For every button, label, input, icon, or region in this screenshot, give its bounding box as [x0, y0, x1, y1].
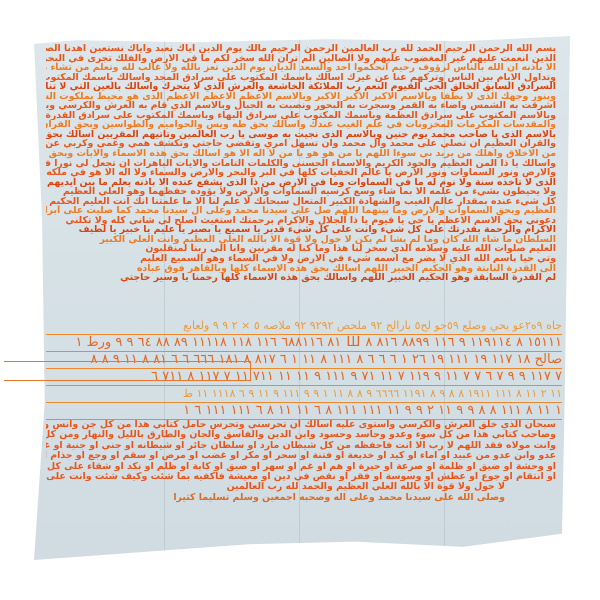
text-line: كل شيء عنده بمقدار عالم الغيب والشهادة ا… — [46, 197, 556, 207]
text-line: والمقدسات المكرمات المخزونات في علم الغي… — [46, 120, 556, 130]
text-line: والقران العظيم ان تصلي على محمد وال محمد… — [46, 139, 556, 149]
text-line: العليم صلوات الله عليه وسلامه الذي سخر ل… — [46, 244, 556, 254]
text-line: ولا يحيطون بشيء من علمه الا بما شاء وسع … — [46, 187, 556, 197]
text-line: سبحان الذي خلق العرش والكرسي واستوى عليه… — [46, 420, 556, 430]
text-line: الا باذنه ان الله بالناس لرؤوف رحيم اتحك… — [46, 63, 556, 73]
text-line: وانت مولاه فقد اللهم لا رب الا انت فاحفظ… — [46, 441, 556, 451]
text-line: وبنور وجهك الذي لا يطفأ وبالاسم الاكبر ا… — [46, 92, 556, 102]
text-line: الذي لا تاخذه سنة ولا نوم له ما في السما… — [46, 178, 556, 188]
cipher-frame-box — [4, 361, 251, 381]
text-line: وصاحب كتابي هذا من كل سوء وعدو وحاسد وحس… — [46, 430, 556, 440]
text-line: السرادق السابق الخالق الحي القيوم النعم … — [46, 82, 556, 92]
text-line: من الاخلاق واهلك من يريد بي سوءا اللهم ي… — [46, 149, 556, 159]
cipher-row: جاه ٩ه٢عو يحي وصلع ٥٩حو لح٥ بارالح ٩٢ مل… — [46, 318, 562, 335]
text-line: دعوني بحق الاسم الاعظم يا حي يا قيوم يا … — [46, 216, 556, 226]
text-line: عدو وابن عدو من عبيد او اماء او كيد او خ… — [46, 451, 556, 461]
manuscript-closing-text: سبحان الذي خلق العرش والكرسي واستوى عليه… — [46, 420, 556, 503]
text-line: او وحشة او ضيق او ظلمة او صرعة او حيرة ا… — [46, 462, 556, 472]
text-line: والارض ونور السماوات ونور الارض يا عالم … — [46, 168, 556, 178]
cipher-row: ١ ١١ ٨ ١١١ ٨ ٨ ٩ ٩ ١١ ٢ ٩ ٩ ١١ ١١١ ١١١ ٨… — [46, 403, 562, 420]
text-line: بالاسم الذي يا صاحب محمد يوم حنين وبالاس… — [46, 130, 556, 140]
text-line: وصلى الله على سيدنا محمد وعلى اله وصحبه … — [107, 493, 505, 503]
text-line: السلطان ما شاء الله كان وما لم يشأ لم يك… — [46, 235, 556, 245]
text-line: اشرقت به الشمس واضاء به القمر وسجرت به ا… — [46, 101, 556, 111]
text-line: الذين انعمت عليهم غير المغضوب عليهم ولا … — [46, 54, 556, 64]
text-line: واسالك يا ذا المن العظيم والجود الكريم و… — [46, 159, 556, 169]
text-line: وتي حيا باسم الله الذي لا يضر مع اسمه شي… — [46, 254, 556, 264]
cipher-row: ١١ ٢ ١١ ٨ ١١١ ١٩١١ ٨ ٨ ٩ ٨ ١١٩١ ٦٦٦٦ ٩ ٨… — [46, 386, 562, 403]
text-line: العظيم وبحق السماوات والارض وما بينهما ا… — [46, 206, 556, 216]
text-line: الاكرام والرحمة بقدرتك على كل شيء وانت ع… — [46, 225, 556, 235]
text-line: وتداول الايام بين الناس وتركهم عنا عن غي… — [46, 73, 556, 83]
text-line: لم القدرة السابقة وهو الحكيم الخبير الله… — [46, 273, 556, 283]
text-line: الى القدرة النابتة وهو الحكيم الخبير الل… — [46, 264, 556, 274]
text-line: بسم الله الرحمن الرحيم الحمد لله رب العا… — [46, 44, 556, 54]
text-line: او انتقام او جوع او عطش او وسوسة او فقر … — [46, 472, 556, 482]
cipher-row: ١٥١١١ ٨ ١١٩١١٤ ٩ ١١٦ ٨٨٩٩ ٨١٦ ٨ Ш ٨١ ٦٨٨… — [46, 335, 562, 352]
text-line: وبالاسم المكتوب على سرادق العظمة وباسمك … — [46, 111, 556, 121]
manuscript-opening-text: بسم الله الرحمن الرحيم الحمد لله رب العا… — [46, 44, 556, 283]
text-line: لا حول ولا قوة الا بالله العلي العظيم وا… — [107, 482, 505, 492]
